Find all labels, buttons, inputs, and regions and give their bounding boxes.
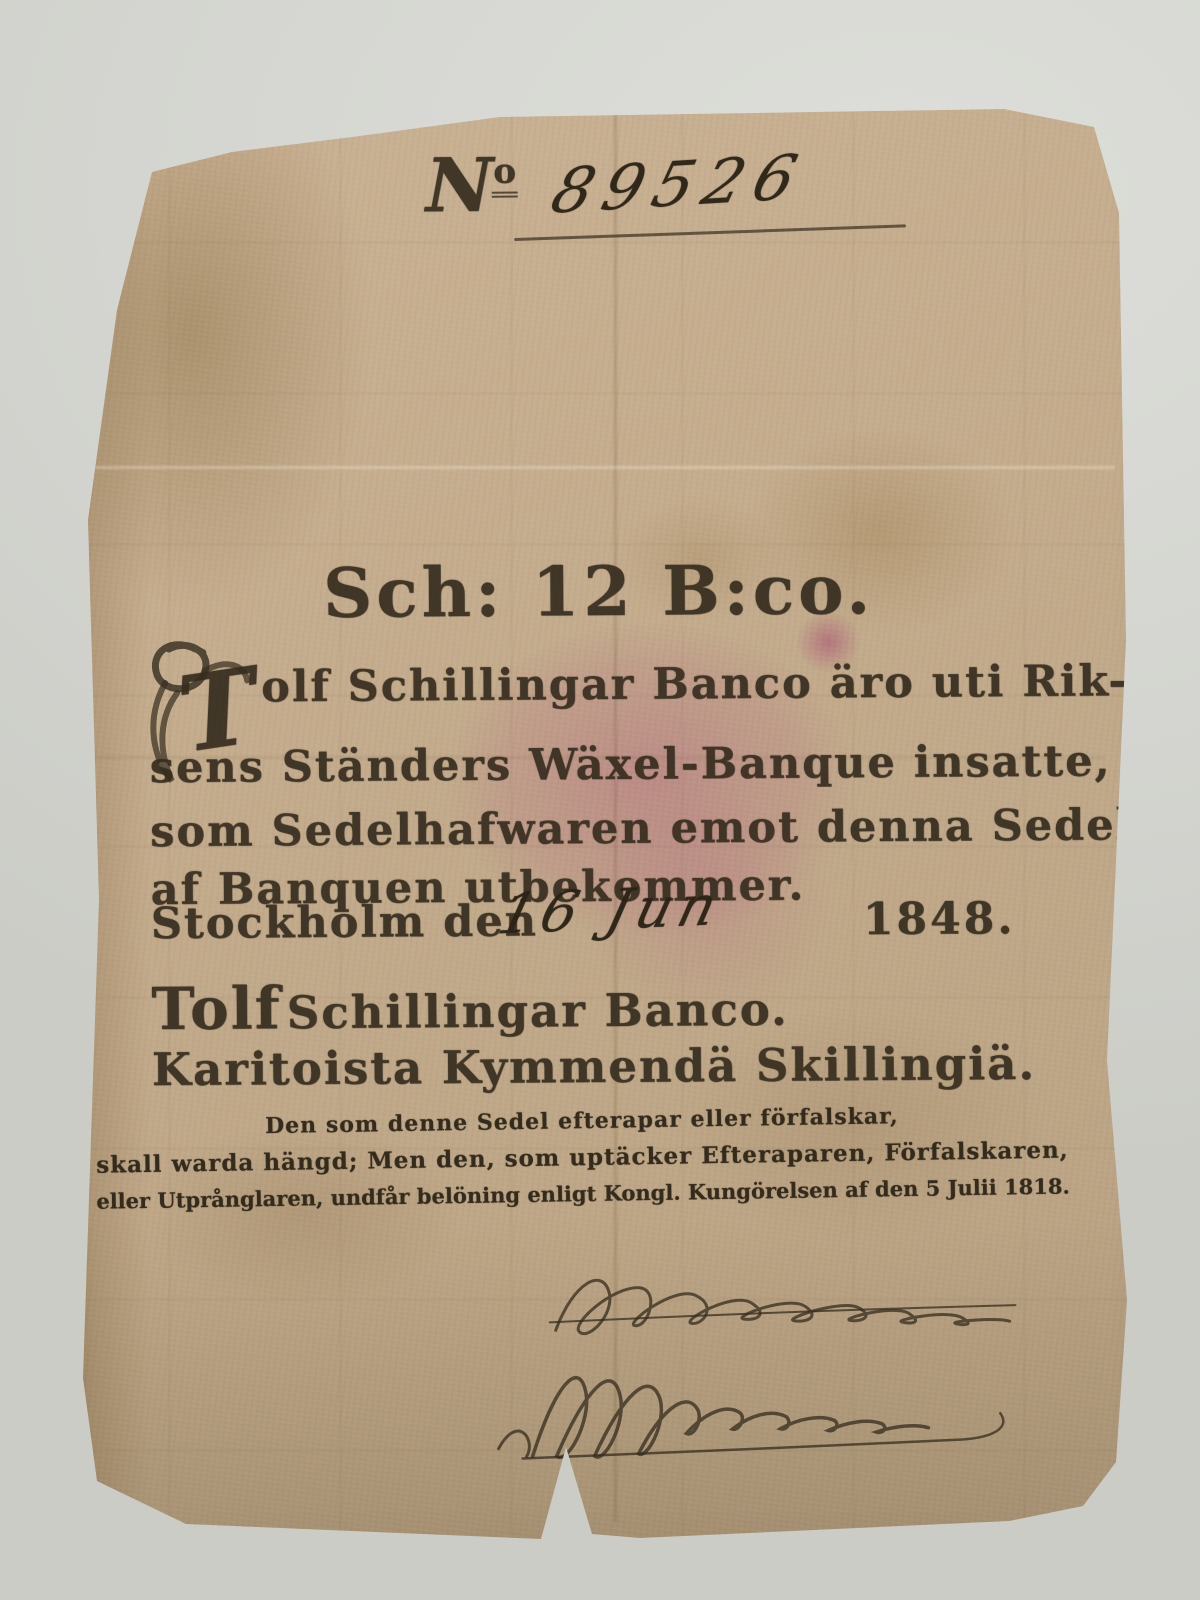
- serial-prefix-n: N: [425, 143, 491, 229]
- serial-underline: [514, 224, 906, 241]
- date-line-prefix: Stockholm den: [151, 896, 538, 949]
- denomination-header: Sch: 12 B:co.: [0, 548, 1199, 636]
- photograph-background: No 89526 Sch: 12 B:co. T olf Schillingar…: [0, 0, 1200, 1600]
- handwritten-signature-2: [492, 1349, 1053, 1487]
- value-line-finnish: Karitoista Kymmendä Skillingiä.: [152, 1037, 1037, 1096]
- banknote-content: No 89526 Sch: 12 B:co. T olf Schillingar…: [0, 0, 1200, 1600]
- warning-line-3: eller Utprånglaren, undfår belöning enli…: [53, 1173, 1113, 1215]
- warning-line-2: skall warda hängd; Men den, som uptäcker…: [52, 1136, 1112, 1180]
- value-line-swedish: Tolf Schillingar Banco.: [151, 971, 789, 1043]
- handwritten-signature-1: [543, 1245, 1024, 1362]
- body-line-3: som Sedelhafwaren emot denna Sedel: [150, 800, 1134, 857]
- value-swedish-rest: Schillingar Banco.: [287, 983, 789, 1040]
- handwritten-serial-number: 89526: [544, 140, 814, 228]
- body-line-2: sens Ständers Wäxel-Banque insatte,: [150, 736, 1112, 793]
- printed-year: 1848.: [863, 893, 1016, 945]
- value-swedish-big-word: Tolf: [151, 974, 282, 1043]
- handwritten-date: 16 Jun: [492, 873, 730, 947]
- warning-line-1: Den som denne Sedel efterapar eller förf…: [52, 1100, 1112, 1143]
- counterfeit-warning: Den som denne Sedel efterapar eller förf…: [52, 1100, 1113, 1215]
- body-line-1: olf Schillingar Banco äro uti Rik-: [261, 656, 1128, 712]
- banknote-paper: No 89526 Sch: 12 B:co. T olf Schillingar…: [0, 0, 1200, 1600]
- serial-prefix: No: [425, 143, 518, 230]
- serial-prefix-o: o: [491, 152, 518, 198]
